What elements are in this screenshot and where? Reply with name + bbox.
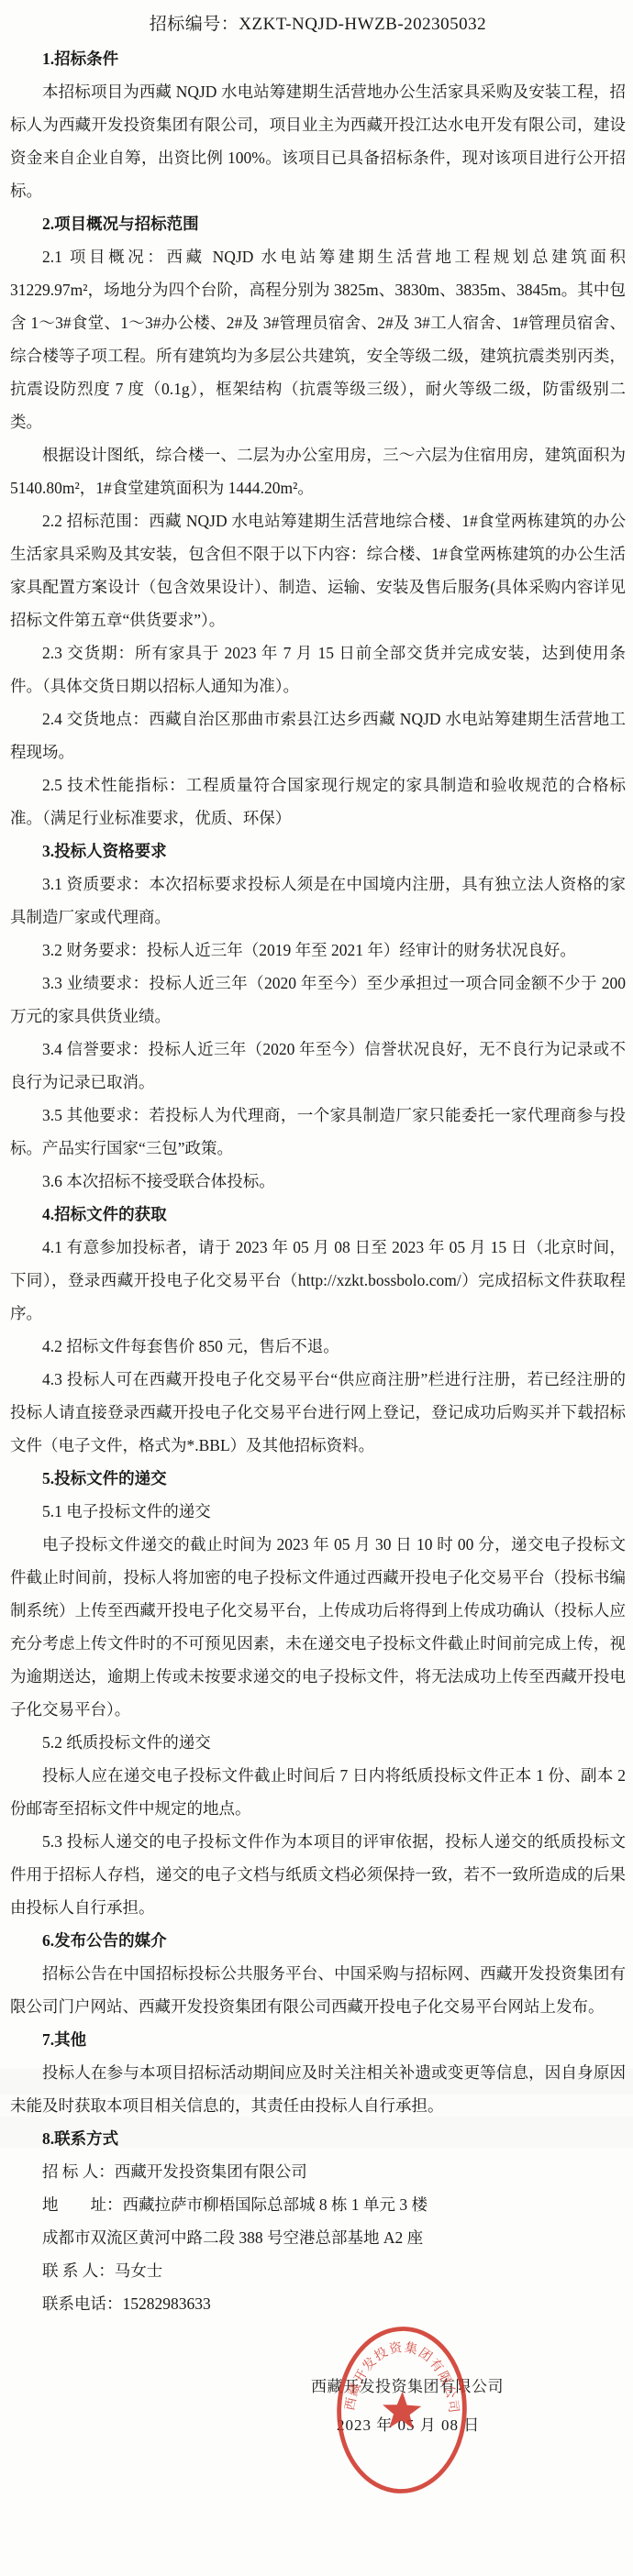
- paragraph: 3.1 资质要求：本次招标要求投标人须是在中国境内注册，具有独立法人资格的家具制…: [10, 868, 626, 934]
- section-heading-5: 5.投标文件的递交: [10, 1462, 626, 1495]
- paragraph: 3.4 信誉要求：投标人近三年（2020 年至今）信誉状况良好，无不良行为记录或…: [10, 1033, 626, 1099]
- signature-block: 西藏开发投资集团有限公司 2023 年 05 月 08 日 西藏开发投资集团有限…: [10, 2333, 626, 2544]
- tender-announcement-page: 招标编号：XZKT-NQJD-HWZB-202305032 1.招标条件 本招标…: [0, 0, 633, 2576]
- section-heading-1: 1.招标条件: [10, 42, 626, 75]
- paragraph: 2.1 项目概况：西藏 NQJD 水电站筹建期生活营地工程规划总建筑面积 312…: [10, 240, 626, 438]
- contact-tenderer-line: 招 标 人：西藏开发投资集团有限公司: [10, 2155, 626, 2188]
- paragraph: 本招标项目为西藏 NQJD 水电站筹建期生活营地办公生活家具采购及安装工程，招标…: [10, 75, 626, 207]
- paragraph: 3.3 业绩要求：投标人近三年（2020 年至今）至少承担过一项合同金额不少于 …: [10, 967, 626, 1033]
- paragraph: 2.3 交货期：所有家具于 2023 年 7 月 15 日前全部交货并完成安装，…: [10, 636, 626, 702]
- paragraph: 3.2 财务要求：投标人近三年（2019 年至 2021 年）经审计的财务状况良…: [10, 934, 626, 967]
- section-heading-6: 6.发布公告的媒介: [10, 1924, 626, 1957]
- paragraph: 5.3 投标人递交的电子投标文件作为本项目的评审依据，投标人递交的纸质投标文件用…: [10, 1825, 626, 1924]
- paragraph: 2.2 招标范围：西藏 NQJD 水电站筹建期生活营地综合楼、1#食堂两栋建筑的…: [10, 504, 626, 636]
- section-heading-7: 7.其他: [10, 2023, 626, 2056]
- paragraph: 根据设计图纸，综合楼一、二层为办公室用房，三～六层为住宿用房，建筑面积为 514…: [10, 438, 626, 504]
- document-content: 招标编号：XZKT-NQJD-HWZB-202305032 1.招标条件 本招标…: [10, 7, 626, 2544]
- section-heading-8: 8.联系方式: [10, 2122, 626, 2155]
- section-heading-4: 4.招标文件的获取: [10, 1198, 626, 1231]
- star-icon: [382, 2391, 421, 2428]
- contact-address-line-2: 成都市双流区黄河中路二段 388 号空港总部基地 A2 座: [10, 2221, 626, 2254]
- paragraph: 3.5 其他要求：若投标人为代理商，一个家具制造厂家只能委托一家代理商参与投标。…: [10, 1099, 626, 1165]
- paragraph: 3.6 本次招标不接受联合体投标。: [10, 1165, 626, 1198]
- paragraph: 4.1 有意参加投标者，请于 2023 年 05 月 08 日至 2023 年 …: [10, 1231, 626, 1330]
- paragraph: 5.2 纸质投标文件的递交: [10, 1726, 626, 1759]
- paragraph: 4.2 招标文件每套售价 850 元，售后不退。: [10, 1330, 626, 1363]
- contact-address-line: 地 址：西藏拉萨市柳梧国际总部城 8 栋 1 单元 3 楼: [10, 2188, 626, 2221]
- paragraph: 电子投标文件递交的截止时间为 2023 年 05 月 30 日 10 时 00 …: [10, 1528, 626, 1726]
- tender-number-title: 招标编号：XZKT-NQJD-HWZB-202305032: [10, 7, 626, 42]
- company-seal-stamp: 西藏开发投资集团有限公司: [328, 2316, 476, 2504]
- paragraph: 2.4 交货地点：西藏自治区那曲市索县江达乡西藏 NQJD 水电站筹建期生活营地…: [10, 702, 626, 768]
- paragraph: 投标人应在递交电子投标文件截止时间后 7 日内将纸质投标文件正本 1 份、副本 …: [10, 1759, 626, 1825]
- paragraph: 5.1 电子投标文件的递交: [10, 1495, 626, 1528]
- paragraph: 投标人在参与本项目招标活动期间应及时关注相关补遗或变更等信息，因自身原因未能及时…: [10, 2056, 626, 2122]
- paragraph: 4.3 投标人可在西藏开投电子化交易平台“供应商注册”栏进行注册，若已经注册的投…: [10, 1363, 626, 1462]
- paragraph: 招标公告在中国招标投标公共服务平台、中国采购与招标网、西藏开发投资集团有限公司门…: [10, 1957, 626, 2023]
- section-heading-3: 3.投标人资格要求: [10, 835, 626, 868]
- contact-person-line: 联 系 人：马女士: [10, 2254, 626, 2287]
- section-heading-2: 2.项目概况与招标范围: [10, 207, 626, 240]
- contact-phone-line: 联系电话：15282983633: [10, 2287, 626, 2320]
- paragraph: 2.5 技术性能指标：工程质量符合国家现行规定的家具制造和验收规范的合格标准。（…: [10, 768, 626, 835]
